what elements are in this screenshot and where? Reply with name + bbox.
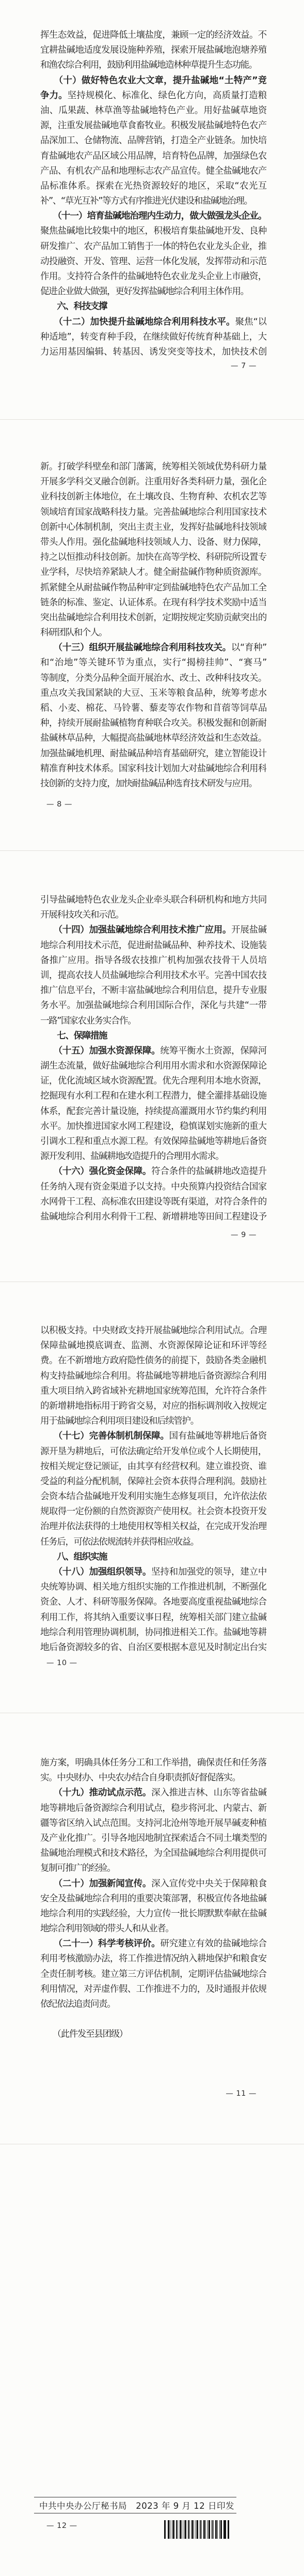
text-line: 利用情况，对弄虚作假、工作推进不力的，及时通报并依规 (40, 1982, 266, 1997)
text-line: 带头人作用。强化盐碱地科技领域人力、设备、财力保障， (40, 535, 266, 550)
page-text: 新。打破学科壁垒和部门藩篱，统筹相关领域优势科研力量开展多学科交叉融合创新。注重… (40, 460, 266, 791)
text-line: 油、瓜果蔬、林草渔等盐碱地特色产业。用好盐碱草地资 (40, 103, 266, 118)
text-line: 开展多学科交叉融合创新。注重用好各类科研力量，强化企 (40, 475, 266, 490)
text-line: 治理并依法获得的土地使用权等相关权益，在完成开发治理 (40, 1519, 266, 1534)
text-line: 源开发利用、盐碱耕地改造提升的合理用水需求。 (40, 1149, 266, 1164)
text-line: 地等耕地后备资源综合利用试点，稳步将河北、内蒙古、新 (40, 1801, 266, 1816)
text-line: 重点攻关我国紧缺的大豆、玉米等粮食品种，统筹考虑水 (40, 686, 266, 701)
scanned-official-document: { "colors": { "text": "#1f1f1f", "page_b… (0, 0, 304, 2576)
bold-text: 争力。 (40, 90, 68, 101)
page-number: — 11 — (226, 2090, 257, 2098)
text-line: 种，持续开展耐盐碱植物育种联合攻关。积极发掘和创新耐 (40, 716, 266, 731)
text-line: 依纪依法追责问责。 (40, 1997, 266, 2012)
text-line: 引导盐碱地特色农业龙头企业牵头联合科研机构和地方共同 (40, 893, 266, 908)
text-line: 抓紧健全从耐盐碱作物品种审定到盐碱地特色农产品加工全 (40, 581, 266, 596)
text-line: 全责任制考核。建立第三方评估机制，定期评估盐碱地综合 (40, 1967, 266, 1982)
text-line: 地后备资源较多的省、自治区要根据本意见及时制定出台实 (40, 1640, 266, 1655)
text-line: （十六）强化资金保障。符合条件的盐碱耕地改造提升 (40, 1164, 266, 1179)
bold-text: 八、组织实施 (40, 1552, 107, 1562)
text-line: 开展科技攻关和示范。 (40, 908, 266, 923)
text-line: 受益的利益分配机制，保障社会资本获得合理利润。鼓励社 (40, 1474, 266, 1489)
text-line: 八、组织实施 (40, 1550, 266, 1565)
text-line: 地综合利用技术示范，促进耐盐碱品种、种养技术、设施装 (40, 938, 266, 953)
page-number: — 7 — (231, 362, 257, 370)
text-line: 湖生态流量，做好盐碱地综合利用用水需求和水资源保障论 (40, 1059, 266, 1074)
text-line: 作用。支持符合条件的盐碱地特色农业龙头企业上市融资， (40, 269, 266, 284)
text-line: 种适地”，转变育种手段，在继续做好传统育种基础上，大 (40, 330, 266, 345)
text-line: 地综合利用管理协调机制，协同推进相关工作。盐碱地等耕 (40, 1625, 266, 1640)
text-line: 业科技创新主体地位，在土壤改良、生物育种、农机农艺等 (40, 490, 266, 505)
text-line: 施方案，明确具体任务分工和工作举措，确保责任和任务落 (40, 1756, 266, 1771)
text-line: 宜耕盐碱地适度发展设施种养殖，探索开展盐碱地泡塘养殖 (40, 43, 266, 58)
document-page-9: 引导盐碱地特色农业龙头企业牵头联合科研机构和地方共同开展科技攻关和示范。 （十四… (0, 851, 304, 1282)
bold-text: （十六）强化资金保障。 (40, 1166, 151, 1177)
document-page-11: 施方案，明确具体任务分工和工作举措，确保责任和任务落实。中央财办、中央农办结合自… (0, 1713, 304, 2144)
text-line: 的新增耕地指标用于跨省交易，对应的指标调剂收入按规定 (40, 1399, 266, 1414)
text-line: 稻、小麦、棉花、马铃薯、藜麦等农作物和苜蓿等饲草品 (40, 701, 266, 716)
text-line: 盐碱地综合利用水利骨干工程、新增耕地等田间工程建设予 (40, 1210, 266, 1225)
text-line: 补”、“草光互补”等方式有序推进光伏建设和盐碱地治理。 (40, 194, 266, 209)
text-line: 利用考核激励办法，将工作推进情况纳入耕地保护和粮食安 (40, 1952, 266, 1967)
text-line: 央统筹协调、相关地方组织实施的工作推进机制，不断强化 (40, 1580, 266, 1595)
text-line: 任务后，可依法依规流转并获得相应收益。 (40, 1535, 266, 1550)
text-line: 链条的标准、鉴定、认证体系。在现有科学技术奖励中适当 (40, 596, 266, 611)
document-page-10: 以积极支持。中央财政支持开展盐碱地综合利用试点。合理保障盐碱地摸底调查、监测、水… (0, 1282, 304, 1713)
text-line: （二十）加强新闻宣传。深入宣传党中央关于保障粮食 (40, 1877, 266, 1892)
text-line: 体系，配套完善计量设施，持续提高灌溉用水节约集约利用 (40, 1104, 266, 1119)
text-line: 聚焦盐碱地比较集中的地区，积极培育集盐碱地开发、良种 (40, 224, 266, 239)
text-line: 品标准体系。探索在光热资源较好的地区，采取“农光互 (40, 179, 266, 194)
text-line: 科研团队和个人。 (40, 626, 266, 641)
text-line: 领域培育国家战略科技力量。完善盐碱地综合利用国家技术 (40, 505, 266, 520)
text-line: （二十一）科学考核评价。研究建立有效的盐碱地综合 (40, 1937, 266, 1952)
text-line: （十七）完善体制机制保障。国有盐碱地等耕地后备资 (40, 1429, 266, 1444)
colophon-print-date: 2023 年 9 月 12 日印发 (136, 2499, 234, 2511)
document-page-8: 新。打破学科壁垒和部门藩篱，统筹相关领域优势科研力量开展多学科交叉融合创新。注重… (0, 420, 304, 851)
text-line: 七、保障措施 (40, 1029, 266, 1044)
bold-text: （十八）加强组织领导。 (40, 1567, 151, 1577)
colophon-issuer: 中共中央办公厅秘书局 (39, 2499, 127, 2511)
text-line: 持之以恒推动科技创新。加快在高等学校、科研院所设置专 (40, 550, 266, 565)
page-number: — 9 — (231, 1231, 257, 1239)
page-number: — 10 — (46, 1659, 77, 1667)
text-line: 新。打破学科壁垒和部门藩篱，统筹相关领域优势科研力量 (40, 460, 266, 475)
text-line: 争力。坚持规模化、标准化、绿色化方向，高质量打造粮 (40, 88, 266, 103)
text-line: 引调水工程和重点水源工程。有效保障盐碱地等耕地后备资 (40, 1134, 266, 1149)
text-line: 等制度，分类分品种全面开展治水、改土、改种科技攻关。 (40, 671, 266, 686)
text-line: （十二）加快提升盐碱地综合利用科技水平。聚焦“以 (40, 315, 266, 330)
text-line: （十一）培育盐碱地治理内生动力，做大做强龙头企业。 (40, 209, 266, 224)
text-line: 资金、人才、科研等服务保障。各地要高度重视盐碱地综合 (40, 1595, 266, 1610)
text-line: 疆等省区纳入试点范围。支持河北沧州等地开展旱碱麦种植 (40, 1816, 266, 1831)
text-line: 品深加工、仓储物流、品牌营销，打造全产业链条。加快培 (40, 133, 266, 148)
text-line: 规取得一定份额的自然资源资产使用权。社会资本投资开发 (40, 1504, 266, 1519)
text-line: 地综合利用的实践经验，大力宣传一批长期默默奉献在盐碱 (40, 1907, 266, 1922)
bold-text: （十五）加强水资源保障。 (40, 1046, 160, 1056)
page-text: 引导盐碱地特色农业龙头企业牵头联合科研机构和地方共同开展科技攻关和示范。 （十四… (40, 893, 266, 1225)
text-line: 盐碱地治理模式和技术路径，为全国盐碱地综合利用提供可 (40, 1846, 266, 1861)
text-line: 加强盐碱地机理、耐盐碱品种培育基础研究，建立智能设计 (40, 746, 266, 761)
text-line: 及产业化推广。引导各地因地制宜探索适合不同土壤类型的 (40, 1831, 266, 1846)
bold-text: （十七）完善体制机制保障。 (40, 1431, 169, 1441)
text-line: 水网骨干工程、高标准农田建设等既有渠道，对符合条件的 (40, 1195, 266, 1210)
text-line: （此件发至县团级） (40, 2027, 266, 2042)
text-line: 精准育种技术体系。国家科技计划加大对盐碱地综合利用科 (40, 761, 266, 776)
text-line: 复制可推广的经验。 (40, 1861, 266, 1876)
text-line: 技创新的支持力度，加快耐盐碱品种选育技术研发与应用。 (40, 776, 266, 791)
text-line: （十三）组织开展盐碱地综合利用科技攻关。以“育种” (40, 641, 266, 656)
text-line: 训，提高农技人员盐碱地综合利用技术水平。完善中国农技 (40, 968, 266, 983)
text-line: 动投融资、开发、管理、运营一体化发展，发挥带动和示范 (40, 254, 266, 269)
text-line: 费。在不新增地方政府隐性债务的前提下，鼓励各类金融机 (40, 1353, 266, 1368)
text-line: 构支持盐碱地综合利用。将盐碱地等耕地后备资源综合利用 (40, 1369, 266, 1384)
text-line: 重大项目纳入跨省域补充耕地国家统筹范围，允许符合条件 (40, 1384, 266, 1399)
page-number: — 12 — (46, 2522, 77, 2530)
text-line: 会资本结合盐碱地开发利用实施生态修复项目，允许依法依 (40, 1489, 266, 1504)
text-line: （十九）推动试点示范。深入推进吉林、山东等省盐碱 (40, 1786, 266, 1801)
text-line: 安全及盐碱地综合利用的重要决策部署，积极宣传各地盐碱 (40, 1892, 266, 1907)
text-line: 用于盐碱地综合利用项目建设和后续管护。 (40, 1414, 266, 1429)
text-line: 任务纳入现有资金渠道予以支持。中央预算内投资结合国家 (40, 1180, 266, 1195)
bold-text: （十四）加强盐碱地综合利用技术推广应用。 (40, 925, 231, 935)
text-line: 源，注重发展盐碱地草食畜牧业。积极发展盐碱地特色农产 (40, 118, 266, 133)
colophon-rule-bottom (34, 2513, 236, 2513)
bold-text: 七、保障措施 (40, 1031, 107, 1041)
page-text: 挥生态效益，促进降低土壤盐度，兼顾一定的经济效益。不宜耕盐碱地适度发展设施种养殖… (40, 28, 266, 360)
text-line: 研发推广、农产品加工销售于一体的特色农业龙头企业，推 (40, 239, 266, 254)
bold-text: （二十一）科学考核评价。 (40, 1939, 160, 1949)
page-number: — 8 — (46, 800, 72, 809)
text-line: 务水平。加强盐碱地综合利用国际合作，深化与共建“一带 (40, 998, 266, 1013)
page-text: 以积极支持。中央财政支持开展盐碱地综合利用试点。合理保障盐碱地摸底调查、监测、水… (40, 1323, 266, 1655)
text-line: 和渔农综合利用，鼓励利用盐碱地造林种草提升生态功能。 (40, 58, 266, 73)
bold-text: （十三）组织开展盐碱地综合利用科技攻关。 (40, 643, 231, 653)
text-line: 突出盐碱地综合利用技术创新，定期按规定奖励贡献突出的 (40, 611, 266, 626)
barcode-icon (164, 2520, 229, 2539)
bold-text: （二十）加强新闻宣传。 (40, 1879, 151, 1889)
text-line: 创新中心体制机制，突出主责主业，发挥好盐碱地科技领域 (40, 520, 266, 535)
text-line: 以积极支持。中央财政支持开展盐碱地综合利用试点。合理 (40, 1323, 266, 1338)
page-text: 施方案，明确具体任务分工和工作举措，确保责任和任务落实。中央财办、中央农办结合自… (40, 1756, 266, 2042)
document-page-12: 中共中央办公厅秘书局 2023 年 9 月 12 日印发 — 12 — (0, 2144, 304, 2576)
text-line: 和“治地”等关键环节为重点，实行“揭榜挂帅”、“赛马” (40, 656, 266, 670)
text-line: 力运用基因编辑、转基因、诱发突变等技术，加快技术创 (40, 345, 266, 360)
text-line: （十八）加强组织领导。坚持和加强党的领导，建立中 (40, 1565, 266, 1580)
text-line: 证，优化流域区域水资源配置。优先合理利用本地水资源， (40, 1074, 266, 1089)
text-line: 备推广应用。指导各级农技推广机构加强农技骨干人员培 (40, 953, 266, 968)
text-line: 实。中央财办、中央农办结合自身职责抓好督促落实。 (40, 1771, 266, 1786)
bold-text: （十二）加快提升盐碱地综合利用科技水平。 (40, 317, 235, 327)
text-line: 水平。加快推进国家水网工程建设，稳慎谋划实施新的重大 (40, 1119, 266, 1134)
text-line: （十四）加强盐碱地综合利用技术推广应用。开展盐碱 (40, 923, 266, 938)
text-line: 六、科技支撑 (40, 299, 266, 314)
text-line: 源开垦为耕地后，可依法确定给开发单位或个人长期使用， (40, 1444, 266, 1459)
colophon: 中共中央办公厅秘书局 2023 年 9 月 12 日印发 (34, 2497, 236, 2513)
text-line: 推广信息平台，不断丰富盐碱地综合利用信息，提升专业服 (40, 983, 266, 998)
bold-text: 六、科技支撑 (40, 301, 107, 312)
bold-text: （十）做好特色农业大文章，提升盐碱地“土特产”竞 (40, 75, 266, 86)
text-line: 地综合利用领域的带头人和从业者。 (40, 1922, 266, 1937)
text-line: 挖掘现有水利工程和在建水利工程潜力，健全灌排基础设施 (40, 1089, 266, 1104)
text-line: 育盐碱地农产品区域公用品牌，培育特色品牌，加强绿色农 (40, 149, 266, 164)
text-line: 促进企业做大做强，更好发挥盐碱地综合利用主体作用。 (40, 284, 266, 299)
text-line: 按相关规定登记颁证，由其享有经营权利。建立谁投资、谁 (40, 1459, 266, 1474)
text-line: 产品、有机农产品和地理标志农产品宣传。健全盐碱地农产 (40, 164, 266, 179)
bold-text: （十九）推动试点示范。 (40, 1788, 151, 1798)
bold-text: （十一）培育盐碱地治理内生动力，做大做强龙头企业。 (40, 211, 266, 221)
text-line: 利用工作，将其纳入重要议事日程，统筹相关部门建立盐碱 (40, 1610, 266, 1625)
document-page-7: 挥生态效益，促进降低土壤盐度，兼顾一定的经济效益。不宜耕盐碱地适度发展设施种养殖… (0, 0, 304, 420)
text-line: 挥生态效益，促进降低土壤盐度，兼顾一定的经济效益。不 (40, 28, 266, 43)
text-line: 盐碱林草品种，大幅提高盐碱地林草经济效益和生态效益。 (40, 731, 266, 746)
text-line: （十五）加强水资源保障。统筹平衡水土资源，保障河 (40, 1044, 266, 1059)
text-line: 一路”国家农业务实合作。 (40, 1014, 266, 1029)
text-line: 保障盐碱地摸底调查、监测、水资源保障论证和环评等经 (40, 1338, 266, 1353)
text-line (40, 2012, 266, 2027)
text-line: 业学科，尽快培养紧缺人才。健全耐盐碱作物种质资源库。 (40, 565, 266, 580)
text-line: （十）做好特色农业大文章，提升盐碱地“土特产”竞 (40, 73, 266, 88)
